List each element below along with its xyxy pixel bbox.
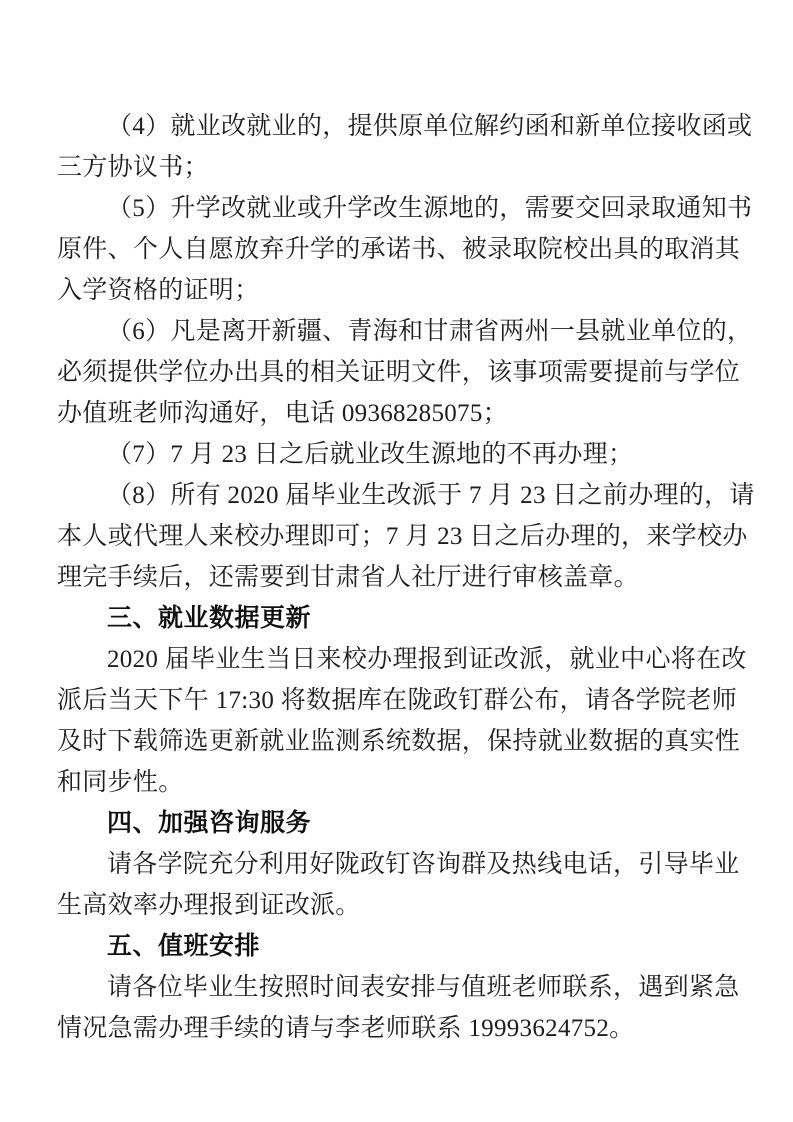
text-line: （4）就业改就业的，提供原单位解约函和新单位接收函或 [57,106,737,147]
paragraph-duty-schedule: 请各位毕业生按照时间表安排与值班老师联系，遇到紧急 情况急需办理手续的请与李老师… [57,967,737,1049]
paragraph-7: （7）7 月 23 日之后就业改生源地的不再办理； [57,434,737,475]
paragraph-4: （4）就业改就业的，提供原单位解约函和新单位接收函或 三方协议书； [57,106,737,188]
text-line: 和同步性。 [57,762,737,803]
text-line: （7）7 月 23 日之后就业改生源地的不再办理； [57,434,737,475]
paragraph-5: （5）升学改就业或升学改生源地的，需要交回录取通知书 原件、个人自愿放弃升学的承… [57,188,737,311]
text-line: 办值班老师沟通好，电话 09368285075； [57,393,737,434]
text-line: （6）凡是离开新疆、青海和甘肃省两州一县就业单位的， [57,311,737,352]
paragraph-8: （8）所有 2020 届毕业生改派于 7 月 23 日之前办理的，请 本人或代理… [57,475,737,598]
text-line: （5）升学改就业或升学改生源地的，需要交回录取通知书 [57,188,737,229]
text-line: 派后当天下午 17:30 将数据库在陇政钉群公布，请各学院老师 [57,680,737,721]
text-line: （8）所有 2020 届毕业生改派于 7 月 23 日之前办理的，请 [57,475,737,516]
text-line: 必须提供学位办出具的相关证明文件，该事项需要提前与学位 [57,352,737,393]
text-line: 入学资格的证明； [57,270,737,311]
text-line: 请各位毕业生按照时间表安排与值班老师联系，遇到紧急 [57,967,737,1008]
text-line: 及时下载筛选更新就业监测系统数据，保持就业数据的真实性 [57,721,737,762]
document-page: （4）就业改就业的，提供原单位解约函和新单位接收函或 三方协议书； （5）升学改… [0,0,793,1122]
text-line: 情况急需办理手续的请与李老师联系 19993624752。 [57,1008,737,1049]
paragraph-consult-service: 请各学院充分利用好陇政钉咨询群及热线电话，引导毕业 生高效率办理报到证改派。 [57,844,737,926]
text-line: 三方协议书； [57,147,737,188]
text-line: 2020 届毕业生当日来校办理报到证改派，就业中心将在改 [57,639,737,680]
text-line: 请各学院充分利用好陇政钉咨询群及热线电话，引导毕业 [57,844,737,885]
section-heading-data-update: 三、就业数据更新 [57,598,737,639]
paragraph-data-update: 2020 届毕业生当日来校办理报到证改派，就业中心将在改 派后当天下午 17:3… [57,639,737,803]
text-line: 本人或代理人来校办理即可；7 月 23 日之后办理的，来学校办 [57,516,737,557]
paragraph-6: （6）凡是离开新疆、青海和甘肃省两州一县就业单位的， 必须提供学位办出具的相关证… [57,311,737,434]
section-heading-consult-service: 四、加强咨询服务 [57,803,737,844]
text-line: 生高效率办理报到证改派。 [57,885,737,926]
text-line: 理完手续后，还需要到甘肃省人社厅进行审核盖章。 [57,557,737,598]
text-line: 原件、个人自愿放弃升学的承诺书、被录取院校出具的取消其 [57,229,737,270]
section-heading-duty-schedule: 五、值班安排 [57,926,737,967]
